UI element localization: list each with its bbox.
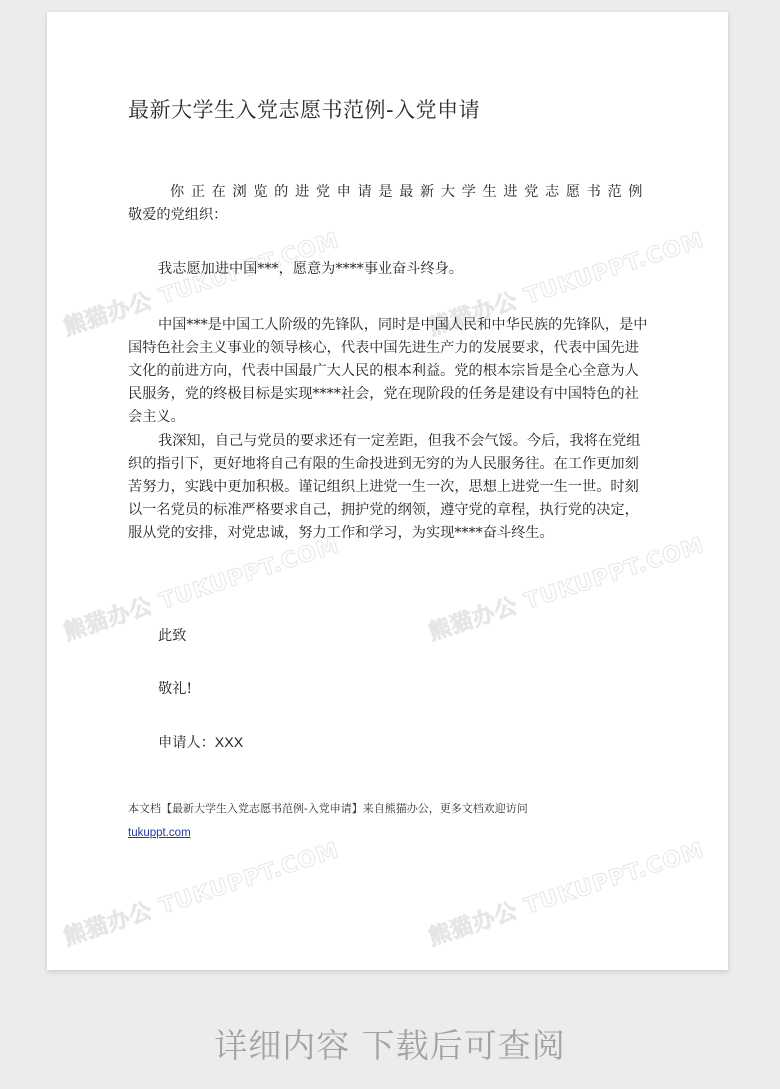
closing-1: 此致 [158, 625, 186, 645]
watermark: 熊猫办公 TUKUPPT.COM [59, 833, 343, 952]
paragraph-1: 我志愿加进中国***，愿意为****事业奋斗终身。 [128, 258, 648, 281]
watermark: 熊猫办公 TUKUPPT.COM [59, 528, 343, 647]
intro-block: 你正在浏览的进党申请是最新大学生进党志愿书范例 敬爱的党组织： [128, 181, 648, 227]
applicant-label: 申请人： [158, 735, 215, 751]
document-title: 最新大学生入党志愿书范例-入党申请 [128, 94, 480, 124]
download-caption: 详细内容 下载后可查阅 [0, 1020, 780, 1067]
applicant-value: XXX [215, 735, 243, 751]
paragraph-3: 我深知，自己与党员的要求还有一定差距，但我不会气馁。今后，我将在党组织的指引下，… [128, 430, 648, 545]
applicant-line: 申请人：XXX [158, 732, 243, 752]
intro-line: 你正在浏览的进党申请是最新大学生进党志愿书范例 [128, 181, 648, 204]
watermark: 熊猫办公 TUKUPPT.COM [424, 528, 708, 647]
watermark: 熊猫办公 TUKUPPT.COM [424, 833, 708, 952]
salutation: 敬爱的党组织： [128, 204, 648, 227]
closing-2: 敬礼! [158, 678, 192, 698]
document-page: 熊猫办公 TUKUPPT.COM 熊猫办公 TUKUPPT.COM 熊猫办公 T… [47, 12, 728, 970]
source-note: 本文档【最新大学生入党志愿书范例-入党申请】来自熊猫办公，更多文档欢迎访问 [128, 800, 528, 816]
source-link[interactable]: tukuppt.com [128, 827, 191, 839]
paragraph-2: 中国***是中国工人阶级的先锋队，同时是中国人民和中华民族的先锋队，是中国特色社… [128, 314, 648, 429]
